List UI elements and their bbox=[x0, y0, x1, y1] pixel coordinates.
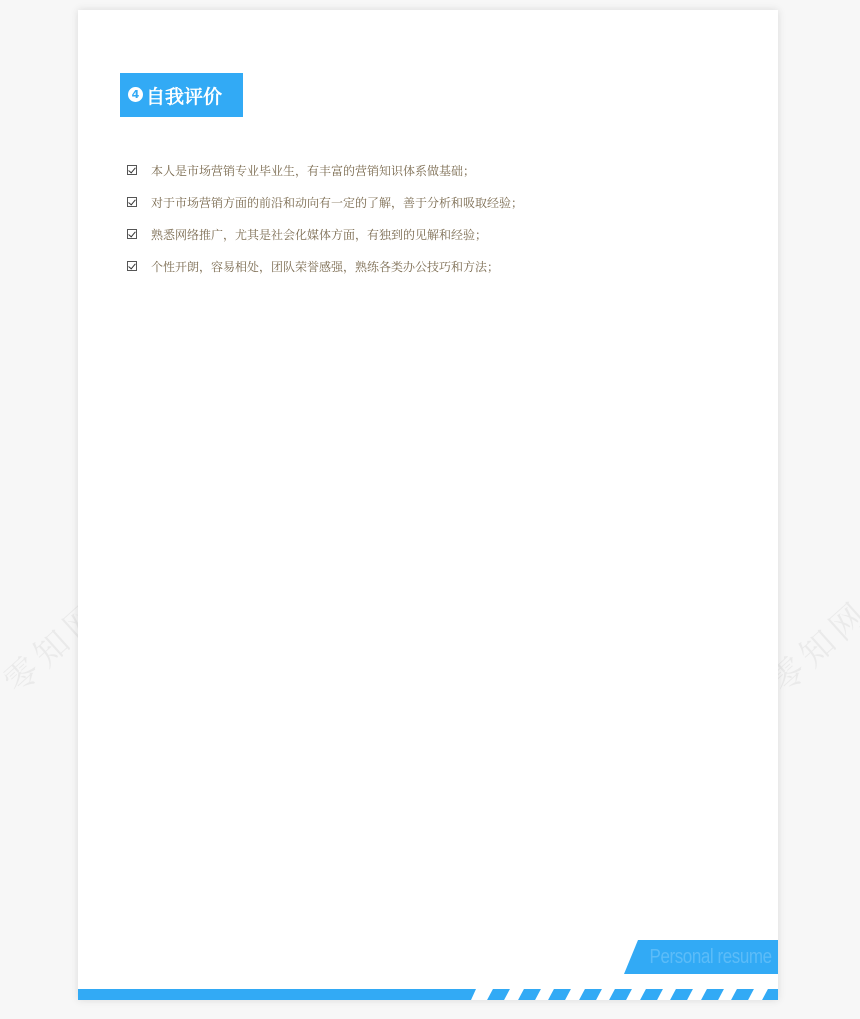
checkbox-checked-icon bbox=[127, 261, 137, 271]
self-evaluation-list: 本人是市场营销专业毕业生，有丰富的营销知识体系做基础； 对于市场营销方面的前沿和… bbox=[127, 154, 523, 282]
section-title: 自我评价 bbox=[146, 82, 222, 109]
list-item: 对于市场营销方面的前沿和动向有一定的了解，善于分析和吸取经验； bbox=[127, 186, 523, 218]
list-item-text: 本人是市场营销专业毕业生，有丰富的营销知识体系做基础； bbox=[151, 162, 475, 179]
footer-stripe bbox=[487, 989, 510, 1000]
footer-stripe bbox=[731, 989, 754, 1000]
footer-stripe bbox=[640, 989, 663, 1000]
list-item: 熟悉网络推广，尤其是社会化媒体方面，有独到的见解和经验； bbox=[127, 218, 523, 250]
footer-stripe bbox=[518, 989, 541, 1000]
footer-stripe bbox=[548, 989, 571, 1000]
footer-stripe bbox=[670, 989, 693, 1000]
checkbox-checked-icon bbox=[127, 229, 137, 239]
footer-stripe bbox=[579, 989, 602, 1000]
footer-stripe bbox=[701, 989, 724, 1000]
list-item-text: 个性开朗，容易相处，团队荣誉感强，熟练各类办公技巧和方法； bbox=[151, 258, 499, 275]
resume-page: 4 自我评价 本人是市场营销专业毕业生，有丰富的营销知识体系做基础； 对于市场营… bbox=[78, 10, 778, 1000]
section-header-self-evaluation: 4 自我评价 bbox=[120, 73, 243, 117]
checkbox-checked-icon bbox=[127, 165, 137, 175]
list-item-text: 熟悉网络推广，尤其是社会化媒体方面，有独到的见解和经验； bbox=[151, 226, 487, 243]
list-item: 本人是市场营销专业毕业生，有丰富的营销知识体系做基础； bbox=[127, 154, 523, 186]
footer-stripe bbox=[762, 989, 778, 1000]
checkbox-checked-icon bbox=[127, 197, 137, 207]
footer-tag-text: Personal resume bbox=[650, 946, 772, 969]
footer-tag: Personal resume bbox=[624, 940, 778, 974]
list-item: 个性开朗，容易相处，团队荣誉感强，熟练各类办公技巧和方法； bbox=[127, 250, 523, 282]
section-number-badge: 4 bbox=[128, 87, 143, 102]
footer-stripe bbox=[609, 989, 632, 1000]
footer-accent-bar bbox=[78, 989, 476, 1000]
list-item-text: 对于市场营销方面的前沿和动向有一定的了解，善于分析和吸取经验； bbox=[151, 194, 523, 211]
